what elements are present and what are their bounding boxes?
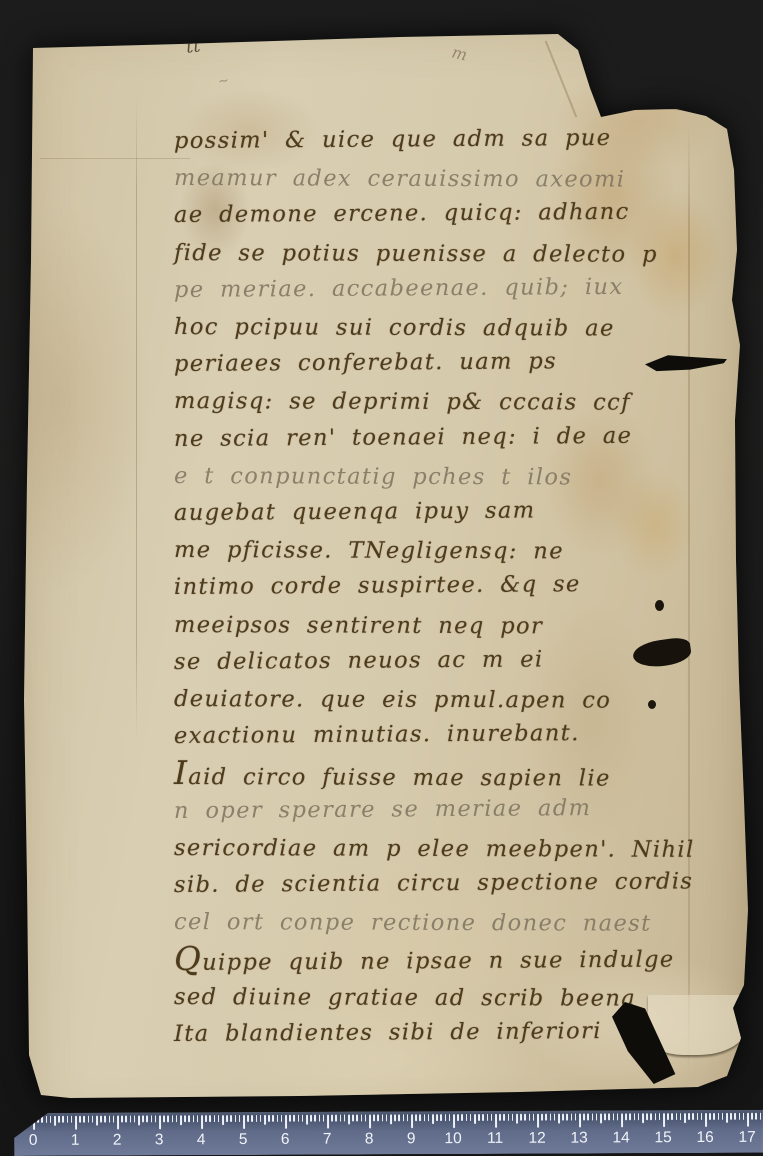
ruler-tick xyxy=(520,1114,522,1121)
ruler-tick xyxy=(382,1114,384,1121)
top-right-crease xyxy=(545,41,578,118)
manuscript-line: meeipsos sentirent neq por xyxy=(174,612,543,639)
ruler-tick xyxy=(449,1114,451,1121)
ruler-tick xyxy=(272,1115,274,1122)
ruler-tick xyxy=(247,1115,249,1122)
ruler-tick xyxy=(705,1113,707,1127)
ruler-tick xyxy=(155,1115,157,1122)
ruler-tick xyxy=(306,1115,308,1125)
ruler-number: 6 xyxy=(270,1131,300,1149)
ruler-tick xyxy=(629,1113,631,1120)
ruler-tick xyxy=(352,1115,354,1122)
ruler-tick xyxy=(130,1115,132,1122)
ruler-tick xyxy=(487,1114,489,1121)
squiggle-mark: ~ xyxy=(217,73,230,90)
ruler-tick xyxy=(558,1114,560,1124)
manuscript-line: e t conpunctatig pches t ilos xyxy=(174,463,572,490)
ruler-tick xyxy=(214,1115,216,1122)
ruler-tick xyxy=(180,1115,182,1125)
ruler-tick xyxy=(482,1114,484,1121)
manuscript-line: me pficisse. TNegligensq: ne xyxy=(174,537,564,564)
ruler-tick xyxy=(373,1114,375,1121)
manuscript-line: Quippe quib ne ipsae n sue indulge xyxy=(174,943,675,976)
ruler-tick xyxy=(159,1115,161,1129)
ruler-tick xyxy=(58,1116,60,1123)
ruler-tick xyxy=(428,1114,430,1121)
manuscript-line: sed diuine gratiae ad scrib beena xyxy=(174,984,636,1012)
ruler-tick xyxy=(163,1115,165,1122)
worm-hole xyxy=(648,700,656,709)
ruler-tick xyxy=(634,1113,636,1120)
ruler-tick xyxy=(491,1114,493,1121)
ruler-tick xyxy=(96,1116,98,1126)
manuscript-line: se delicatos neuos ac m ei xyxy=(174,646,544,675)
ruler-tick xyxy=(281,1115,283,1122)
ruler-tick xyxy=(125,1116,127,1123)
ruler-tick xyxy=(377,1114,379,1121)
worm-hole xyxy=(655,600,664,611)
ruler-number: 2 xyxy=(102,1131,132,1149)
manuscript-line: periaees conferebat. uam ps xyxy=(174,349,557,378)
ruler-tick xyxy=(734,1113,736,1120)
ruler-number: 1 xyxy=(60,1132,90,1150)
ruler-tick xyxy=(239,1115,241,1122)
ruler-tick xyxy=(46,1116,48,1123)
ruler-tick xyxy=(642,1113,644,1123)
ruler-tick xyxy=(684,1113,686,1123)
ruler-tick xyxy=(113,1116,115,1123)
ruler-tick xyxy=(264,1115,266,1125)
ink-blot xyxy=(631,636,692,670)
ruler-tick xyxy=(760,1113,762,1120)
ruler-tick xyxy=(251,1115,253,1122)
ruler-tick xyxy=(390,1114,392,1124)
ruler-tick xyxy=(184,1115,186,1122)
ruler-tick xyxy=(83,1116,85,1123)
manuscript-line: ne scia ren' toenaei neq: i de ae xyxy=(174,422,633,451)
bottom-tear xyxy=(612,1002,684,1084)
ruler-tick xyxy=(277,1115,279,1122)
manuscript-line: sericordiae am p elee meebpen'. Nihil xyxy=(174,835,695,863)
ruler-tick xyxy=(671,1113,673,1120)
ruler-tick xyxy=(613,1113,615,1120)
ruler-tick xyxy=(117,1116,119,1130)
ruler-tick xyxy=(516,1114,518,1124)
ruler-tick xyxy=(424,1114,426,1121)
ruler-tick xyxy=(230,1115,232,1122)
ruler-tick xyxy=(495,1114,497,1128)
ruler-number: 4 xyxy=(186,1131,216,1149)
ruler-tick xyxy=(554,1114,556,1121)
ruler-tick xyxy=(138,1115,140,1125)
ruler-tick xyxy=(638,1113,640,1120)
manuscript-line: meamur adex cerauissimo axeomi xyxy=(174,165,625,193)
ruler-tick xyxy=(411,1114,413,1128)
ruler-tick xyxy=(688,1113,690,1120)
manuscript-line: ae demone ercene. quicq: adhanc xyxy=(174,199,630,228)
ruler-tick xyxy=(407,1114,409,1121)
ruler-tick xyxy=(310,1115,312,1122)
ruler-tick xyxy=(457,1114,459,1121)
ruler-tick xyxy=(419,1114,421,1121)
ruler-tick xyxy=(356,1114,358,1121)
ruler-tick xyxy=(205,1115,207,1122)
manuscript-photo: tt m ~ possim' & uice que adm sa puemeam… xyxy=(0,0,763,1156)
ruler-tick xyxy=(256,1115,258,1122)
manuscript-line: deuiatore. que eis pmul.apen co xyxy=(174,686,611,714)
ruler-tick xyxy=(701,1113,703,1120)
ruler-tick xyxy=(445,1114,447,1121)
ruler-tick xyxy=(285,1115,287,1129)
ruler-number: 13 xyxy=(564,1129,594,1147)
ruler-tick xyxy=(524,1114,526,1121)
ruler-tick xyxy=(104,1116,106,1123)
ruler-tick xyxy=(625,1113,627,1120)
ruler-tick xyxy=(75,1116,77,1130)
manuscript-line: pe meriae. accabeenae. quib; iux xyxy=(174,274,624,303)
ruler-tick xyxy=(478,1114,480,1121)
ruler-tick xyxy=(293,1115,295,1122)
ruler-tick xyxy=(659,1113,661,1120)
ruler-tick xyxy=(268,1115,270,1122)
ruler-tick xyxy=(499,1114,501,1121)
ruler-tick xyxy=(226,1115,228,1122)
ruler-tick xyxy=(335,1115,337,1122)
manuscript-line: fide se potius puenisse a delecto p xyxy=(174,240,658,268)
ruler-tick xyxy=(755,1113,757,1120)
ruler-number: 16 xyxy=(690,1129,720,1147)
ruler-tick xyxy=(566,1114,568,1121)
ruler-tick xyxy=(243,1115,245,1129)
folded-corner-flap xyxy=(648,995,748,1055)
ruler-tick xyxy=(319,1115,321,1122)
ruler-tick xyxy=(646,1113,648,1120)
ruler-tick xyxy=(394,1114,396,1121)
top-crease xyxy=(40,158,190,159)
manuscript-line: n oper sperare se meriae adm xyxy=(174,795,591,824)
ruler-tick xyxy=(327,1115,329,1129)
ruler-tick xyxy=(440,1114,442,1121)
ruler-number: 7 xyxy=(312,1131,342,1149)
ruler-tick xyxy=(260,1115,262,1122)
ruler-number: 14 xyxy=(606,1129,636,1147)
manuscript-line: Iaid circo fuisse mae sapien lie xyxy=(174,760,611,792)
ruler-tick xyxy=(470,1114,472,1121)
ruler-tick xyxy=(50,1116,52,1123)
ruler-tick xyxy=(739,1113,741,1120)
ruler-tick xyxy=(54,1116,56,1126)
ruler-number: 8 xyxy=(354,1130,384,1148)
ruler-tick xyxy=(508,1114,510,1121)
margin-ruling-line xyxy=(136,95,137,740)
manuscript-line: hoc pcipuu sui cordis adquib ae xyxy=(174,314,615,342)
ruler-tick xyxy=(365,1114,367,1121)
ruler-tick xyxy=(432,1114,434,1124)
ruler-tick xyxy=(655,1113,657,1120)
ruler-tick xyxy=(361,1114,363,1121)
ruler-tick xyxy=(167,1115,169,1122)
ruler-tick xyxy=(193,1115,195,1122)
manuscript-line: possim' & uice que adm sa pue xyxy=(174,125,612,154)
ruler-tick xyxy=(222,1115,224,1125)
ruler-tick xyxy=(289,1115,291,1122)
ruler-tick xyxy=(134,1115,136,1122)
vertical-crease xyxy=(688,125,690,1075)
manuscript-line: augebat queenqa ipuy sam xyxy=(174,497,536,526)
ruler-number: 11 xyxy=(480,1130,510,1148)
ruler-tick xyxy=(79,1116,81,1123)
ruler-tick xyxy=(197,1115,199,1122)
ruler-tick xyxy=(92,1116,94,1123)
folio-mark: tt xyxy=(185,35,202,57)
ruler-tick xyxy=(151,1115,153,1122)
ruler-tick xyxy=(62,1116,64,1123)
ruler-tick xyxy=(88,1116,90,1123)
ruler-tick xyxy=(709,1113,711,1120)
ruler-number: 5 xyxy=(228,1131,258,1149)
manuscript-line: cel ort conpe rectione donec naest xyxy=(174,909,652,937)
ruler-tick xyxy=(331,1115,333,1122)
ruler-tick xyxy=(314,1115,316,1122)
ruler-tick xyxy=(617,1113,619,1120)
ruler-tick xyxy=(541,1114,543,1121)
ruler-tick xyxy=(583,1114,585,1121)
ruler-tick xyxy=(697,1113,699,1120)
ruler-tick xyxy=(676,1113,678,1120)
manuscript-line: Ita blandientes sibi de inferiori xyxy=(174,1018,602,1047)
ruler-tick xyxy=(608,1113,610,1120)
ruler-number: 12 xyxy=(522,1130,552,1148)
ruler-tick xyxy=(67,1116,69,1123)
ruler-tick xyxy=(121,1116,123,1123)
ruler-tick xyxy=(340,1115,342,1122)
ruler-tick xyxy=(176,1115,178,1122)
ruler-tick xyxy=(369,1114,371,1128)
parchment-leaf: tt m ~ possim' & uice que adm sa puemeam… xyxy=(0,0,763,1156)
tear-slit xyxy=(645,350,727,374)
ruler-tick xyxy=(302,1115,304,1122)
ruler-tick xyxy=(172,1115,174,1122)
ruler-tick xyxy=(386,1114,388,1121)
ruler-tick xyxy=(100,1116,102,1123)
ruler-tick xyxy=(562,1114,564,1121)
ruler-tick xyxy=(461,1114,463,1121)
ruler-tick xyxy=(550,1114,552,1121)
ruler-tick xyxy=(218,1115,220,1122)
ruler-tick xyxy=(453,1114,455,1128)
ruler-tick xyxy=(600,1113,602,1123)
ruler-tick xyxy=(403,1114,405,1121)
ruler-tick xyxy=(344,1115,346,1122)
ruler-tick xyxy=(466,1114,468,1121)
ruler-tick xyxy=(235,1115,237,1122)
ruler-tick xyxy=(718,1113,720,1120)
ruler-tick xyxy=(680,1113,682,1120)
ruler-tick xyxy=(436,1114,438,1121)
ruler-tick xyxy=(579,1114,581,1128)
ruler-number: 9 xyxy=(396,1130,426,1148)
ruler-tick xyxy=(713,1113,715,1120)
ruler-tick xyxy=(751,1113,753,1120)
ruler-number: 0 xyxy=(18,1132,48,1150)
ruler-tick xyxy=(415,1114,417,1121)
ruler-tick xyxy=(621,1113,623,1127)
ruler-tick xyxy=(298,1115,300,1122)
ruler-tick xyxy=(503,1114,505,1121)
manuscript-line: sib. de scientia circu spectione cordis xyxy=(174,868,694,898)
parchment-leaf-wrap: tt m ~ possim' & uice que adm sa puemeam… xyxy=(0,0,763,1156)
ruler-tick xyxy=(533,1114,535,1121)
manuscript-line: exactionu minutias. inurebant. xyxy=(174,720,580,749)
ruler-tick xyxy=(730,1113,732,1120)
manuscript-line: magisq: se deprimi p& cccais ccf xyxy=(174,388,631,416)
ruler-tick xyxy=(398,1114,400,1121)
ruler-tick xyxy=(71,1116,73,1123)
ruler-tick xyxy=(545,1114,547,1121)
ruler-tick xyxy=(575,1114,577,1121)
ruler-number: 10 xyxy=(438,1130,468,1148)
ruler-tick xyxy=(201,1115,203,1129)
ruler-tick xyxy=(209,1115,211,1122)
flap-fold-line xyxy=(612,104,732,114)
ruler-tick xyxy=(142,1115,144,1122)
ruler-tick xyxy=(726,1113,728,1123)
ruler-tick xyxy=(323,1115,325,1122)
manuscript-line: intimo corde suspirtee. &q se xyxy=(174,572,581,601)
ruler-tick xyxy=(604,1113,606,1120)
ruler-tick xyxy=(592,1113,594,1120)
ruler-tick xyxy=(722,1113,724,1120)
ruler-tick xyxy=(188,1115,190,1122)
ruler-tick xyxy=(571,1114,573,1121)
ruler-tick xyxy=(529,1114,531,1121)
ruler-number: 17 xyxy=(732,1129,762,1147)
ruler-tick xyxy=(587,1113,589,1120)
ruler-tick xyxy=(667,1113,669,1120)
ruler-tick xyxy=(109,1116,111,1123)
ruler-tick xyxy=(512,1114,514,1121)
ruler-tick xyxy=(650,1113,652,1120)
ruler-tick xyxy=(743,1113,745,1120)
ruler-tick xyxy=(747,1113,749,1127)
ruler-tick xyxy=(537,1114,539,1128)
pen-trial-mark: m xyxy=(450,42,469,64)
ruler-number: 3 xyxy=(144,1131,174,1149)
ruler-tick xyxy=(348,1115,350,1125)
ruler-tick xyxy=(474,1114,476,1124)
ruler-tick xyxy=(596,1113,598,1120)
measuring-ruler: 01234567891011121314151617 xyxy=(14,1110,763,1156)
ruler-tick xyxy=(146,1115,148,1122)
ruler-tick xyxy=(663,1113,665,1127)
ruler-tick xyxy=(692,1113,694,1120)
ruler-number: 15 xyxy=(648,1129,678,1147)
